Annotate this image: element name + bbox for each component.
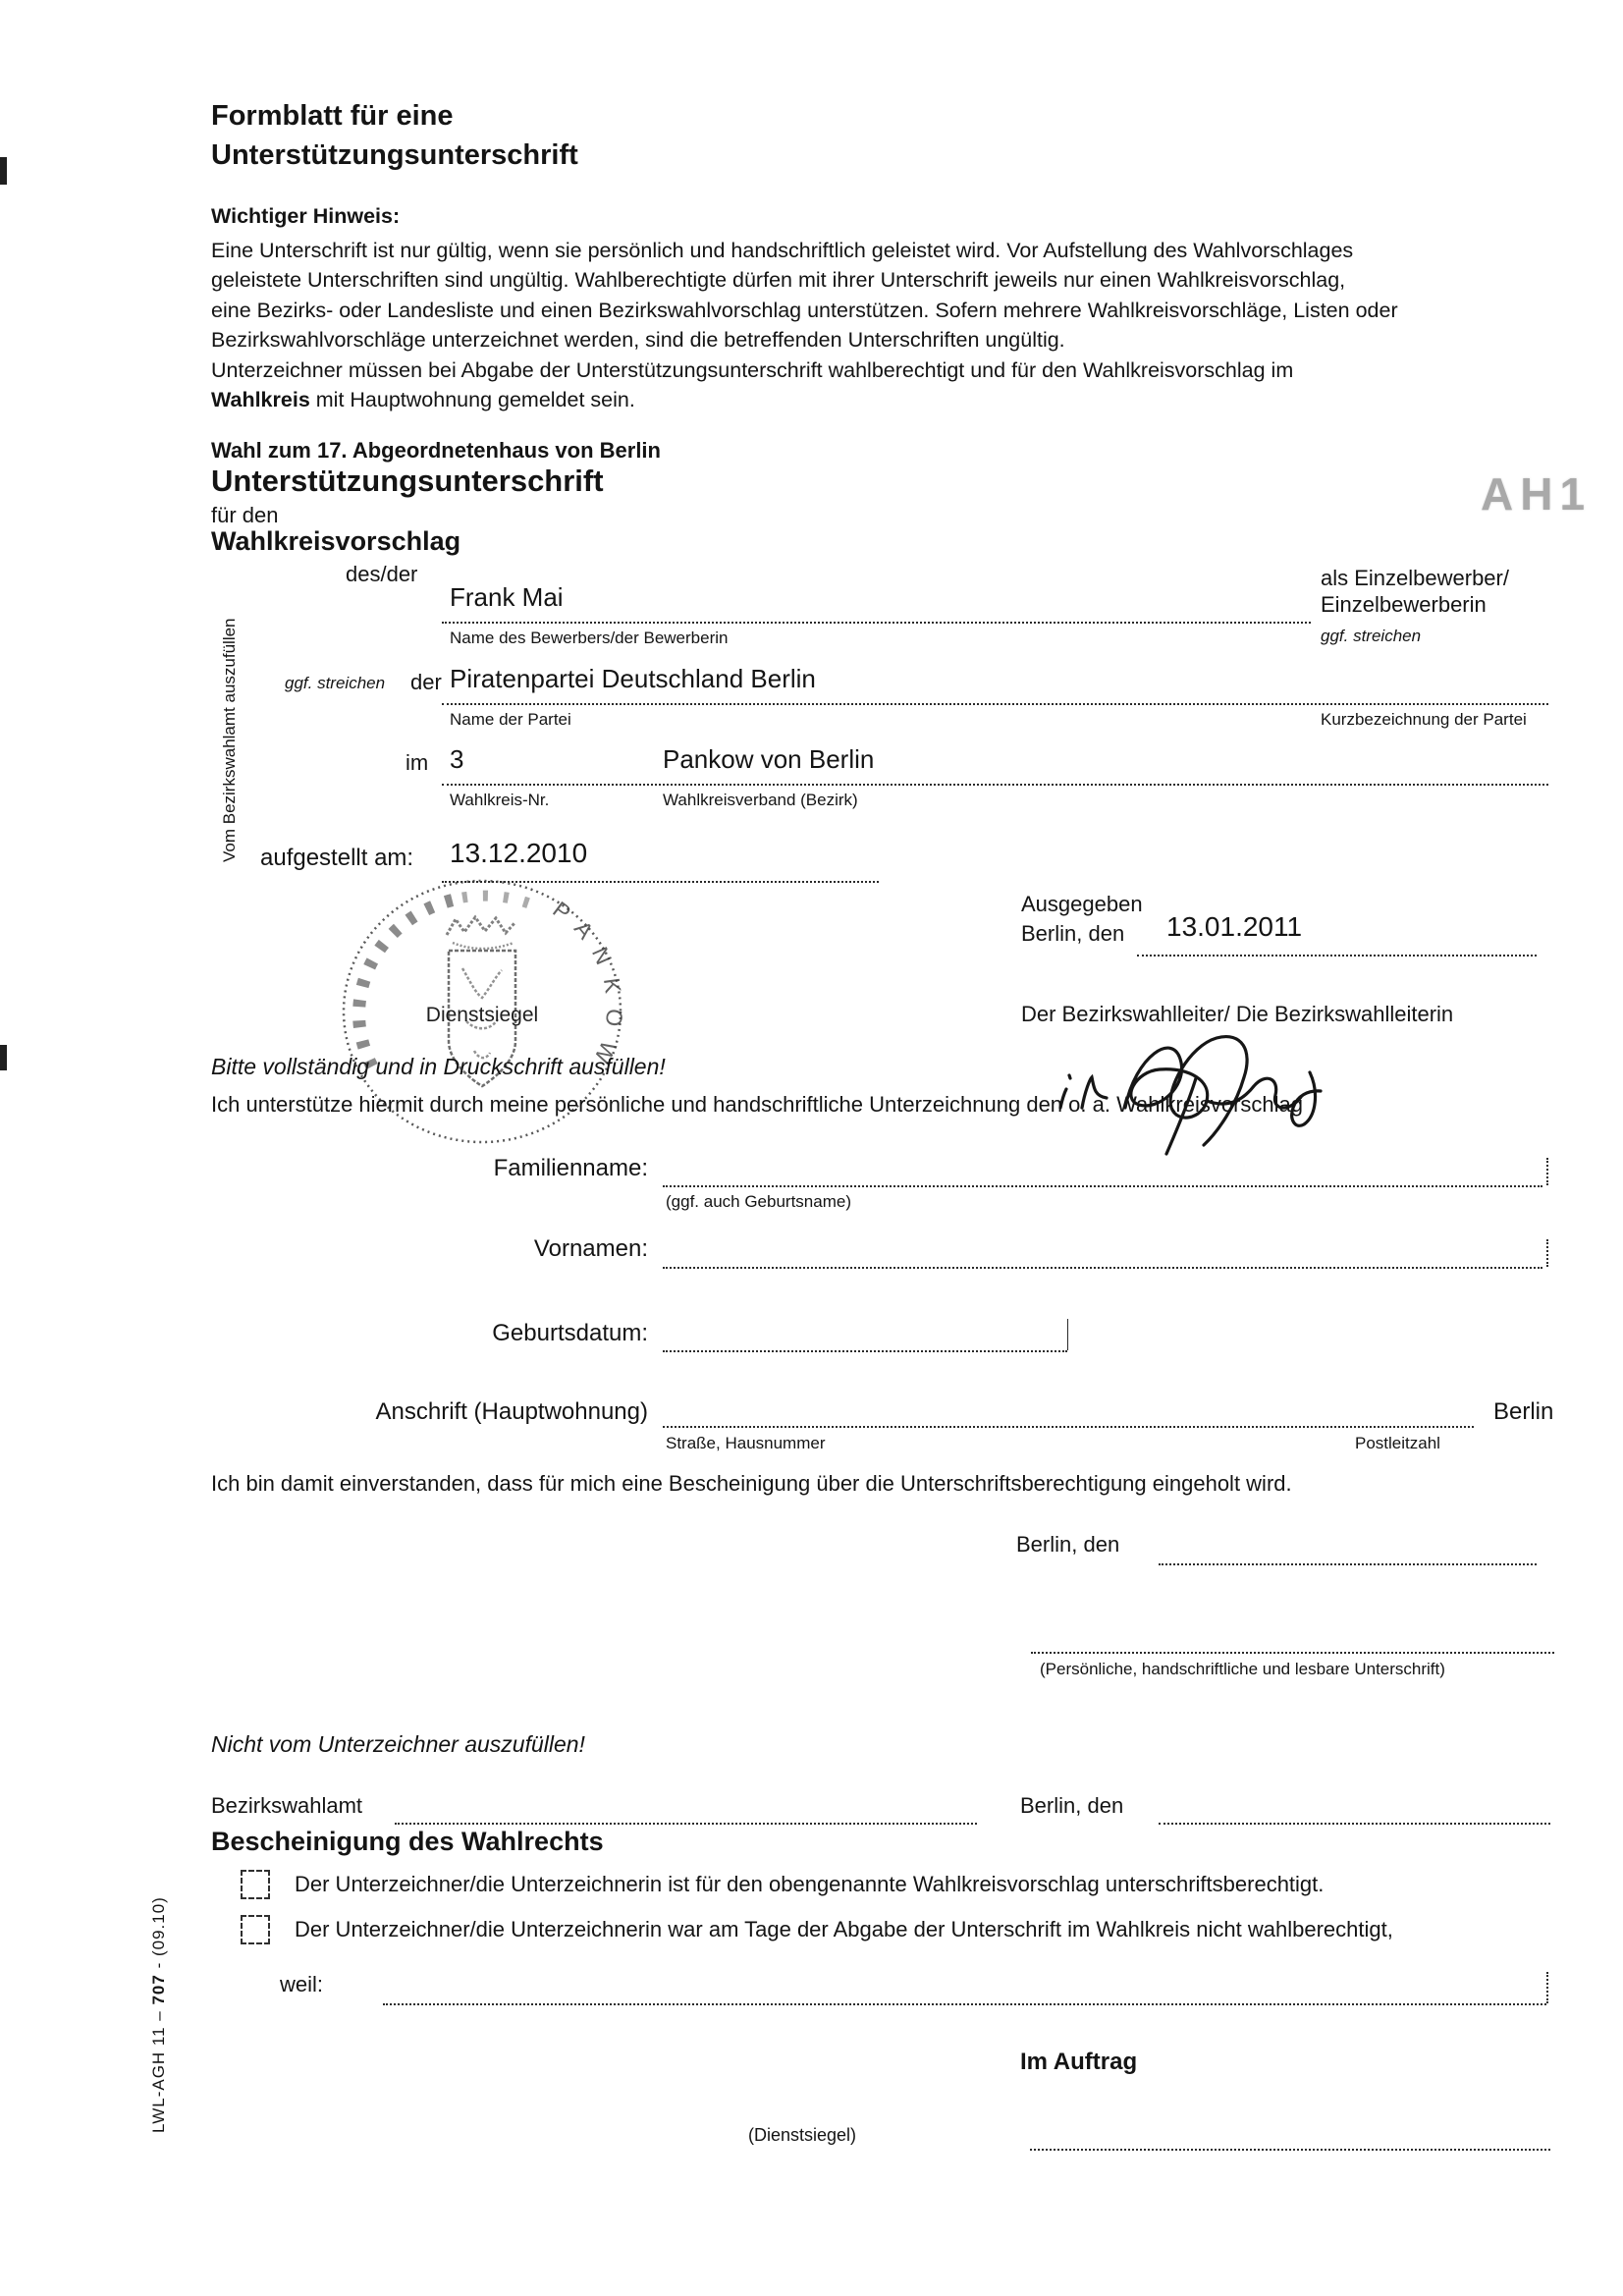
party-prefix: der: [410, 670, 442, 695]
sidebar-note-vertical: Vom Bezirkswahlamt auszufüllen: [220, 587, 240, 862]
signer-signature-line[interactable]: [1031, 1652, 1554, 1654]
issued-place-date-label: Berlin, den: [1021, 921, 1124, 947]
notice-line-last: Wahlkreis mit Hauptwohnung gemeldet sein…: [211, 385, 1398, 414]
district-name-sublabel: Wahlkreisverband (Bezirk): [663, 791, 858, 810]
birth-date-line[interactable]: [663, 1350, 1067, 1352]
signer-place-date-line[interactable]: [1159, 1563, 1537, 1565]
page-title: Formblatt für eine Unterstützungsuntersc…: [211, 96, 578, 175]
support-sentence: Ich unterstütze hiermit durch meine pers…: [211, 1092, 1303, 1118]
candidate-name-value: Frank Mai: [450, 582, 564, 613]
checkbox-entitled[interactable]: [241, 1870, 270, 1899]
form-code-suffix: - (09.10): [149, 1896, 168, 1974]
district-number-value: 3: [450, 744, 463, 775]
family-name-sublabel: (ggf. auch Geburtsname): [666, 1192, 851, 1212]
address-label: Anschrift (Hauptwohnung): [334, 1398, 648, 1426]
first-names-label: Vornamen:: [393, 1235, 648, 1263]
birth-date-line-end-tick: [1067, 1319, 1068, 1350]
checkbox-entitled-text: Der Unterzeichner/die Unterzeichnerin is…: [295, 1872, 1324, 1897]
issued-label: Ausgegeben: [1021, 892, 1143, 917]
single-candidate-note-line2: Einzelbewerberin: [1321, 592, 1487, 618]
signer-signature-sublabel: (Persönliche, handschriftliche und lesba…: [1040, 1660, 1445, 1679]
election-fuer-den: für den: [211, 503, 279, 528]
district-office-line[interactable]: [395, 1823, 977, 1825]
candidate-name-sublabel: Name des Bewerbers/der Bewerberin: [450, 629, 728, 648]
svg-text:PANKOW: PANKOW: [548, 897, 627, 1080]
official-only-note: Nicht vom Unterzeichner auszufüllen!: [211, 1731, 585, 1758]
stamp-center-label: Dienstsiegel: [426, 1004, 538, 1026]
issued-date-line[interactable]: [1137, 955, 1537, 957]
form-page: Formblatt für eine Unterstützungsuntersc…: [0, 0, 1623, 2296]
election-title: Wahl zum 17. Abgeordnetenhaus von Berlin: [211, 438, 661, 464]
listed-on-label: aufgestellt am:: [260, 845, 413, 872]
family-name-line-end-tick: [1546, 1158, 1548, 1185]
first-names-line[interactable]: [663, 1267, 1542, 1269]
signer-place-date-label: Berlin, den: [1016, 1532, 1119, 1558]
first-names-line-end-tick: [1546, 1239, 1548, 1267]
notice-line-last-rest: mit Hauptwohnung gemeldet sein.: [310, 388, 635, 411]
family-name-label: Familienname:: [393, 1155, 648, 1182]
page-title-line1: Formblatt für eine: [211, 96, 578, 136]
reason-line-end-tick: [1546, 1972, 1548, 2003]
notice-paragraph: Eine Unterschrift ist nur gültig, wenn s…: [211, 236, 1398, 414]
reason-line[interactable]: [383, 2003, 1546, 2005]
listed-on-line[interactable]: [442, 881, 879, 883]
candidate-name-line[interactable]: [442, 622, 1311, 624]
form-code-vertical: LWL-AGH 11 – 707 - (09.10): [149, 1897, 169, 2133]
form-code-number: 707: [149, 1974, 168, 2004]
party-line[interactable]: [442, 703, 1548, 705]
district-office-label: Bezirkswahlamt: [211, 1793, 362, 1819]
issued-date-value: 13.01.2011: [1166, 911, 1302, 943]
scan-artifact: [0, 157, 7, 185]
notice-line: Eine Unterschrift ist nur gültig, wenn s…: [211, 236, 1398, 265]
consent-sentence: Ich bin damit einverstanden, dass für mi…: [211, 1471, 1292, 1497]
single-candidate-note-line1: als Einzelbewerber/: [1321, 566, 1509, 591]
notice-bold-word: Wahlkreis: [211, 388, 310, 411]
official-place-date-label: Berlin, den: [1020, 1793, 1123, 1819]
district-name-value: Pankow von Berlin: [663, 744, 874, 775]
form-code-prefix: LWL-AGH 11 –: [149, 2005, 168, 2133]
district-line[interactable]: [442, 784, 1548, 786]
party-strike-note: ggf. streichen: [285, 674, 385, 693]
notice-line: Unterzeichner müssen bei Abgabe der Unte…: [211, 355, 1398, 385]
party-value: Piratenpartei Deutschland Berlin: [450, 664, 816, 694]
officer-signature: [1041, 1013, 1463, 1161]
stamp-ring-text: PANKOW: [548, 897, 627, 1080]
corner-code: AH1: [1481, 467, 1592, 520]
family-name-line[interactable]: [663, 1185, 1542, 1187]
address-postcode-sublabel: Postleitzahl: [1355, 1434, 1440, 1453]
on-behalf-label: Im Auftrag: [1020, 2049, 1137, 2076]
single-candidate-strike-note: ggf. streichen: [1321, 627, 1421, 646]
notice-heading: Wichtiger Hinweis:: [211, 204, 400, 229]
district-prefix: im: [406, 750, 428, 776]
election-wahlkreisvorschlag: Wahlkreisvorschlag: [211, 526, 460, 557]
election-subtitle: Unterstützungsunterschrift: [211, 464, 604, 499]
checkbox-not-entitled[interactable]: [241, 1915, 270, 1944]
official-signature-line[interactable]: [1030, 2149, 1550, 2151]
notice-line: Bezirkswahlvorschläge unterzeichnet werd…: [211, 325, 1398, 355]
district-number-sublabel: Wahlkreis-Nr.: [450, 791, 549, 810]
scan-artifact: [0, 1045, 7, 1070]
address-street-sublabel: Straße, Hausnummer: [666, 1434, 826, 1453]
officer-label: Der Bezirkswahlleiter/ Die Bezirkswahlle…: [1021, 1002, 1453, 1027]
fill-note: Bitte vollständig und in Druckschrift au…: [211, 1054, 666, 1080]
birth-date-label: Geburtsdatum:: [393, 1320, 648, 1347]
checkbox-not-entitled-text: Der Unterzeichner/die Unterzeichnerin wa…: [295, 1917, 1393, 1942]
listed-on-value: 13.12.2010: [450, 838, 587, 869]
reason-label: weil:: [280, 1972, 323, 1997]
address-city-text: Berlin: [1493, 1398, 1553, 1426]
official-place-date-line[interactable]: [1159, 1823, 1550, 1825]
page-title-line2: Unterstützungsunterschrift: [211, 136, 578, 175]
seal-placeholder-label: (Dienstsiegel): [748, 2125, 856, 2146]
notice-line: eine Bezirks- oder Landesliste und einen…: [211, 296, 1398, 325]
party-sublabel: Name der Partei: [450, 710, 571, 730]
notice-line: geleistete Unterschriften sind ungültig.…: [211, 265, 1398, 295]
address-line[interactable]: [663, 1426, 1474, 1428]
party-short-sublabel: Kurzbezeichnung der Partei: [1321, 710, 1527, 730]
certification-heading: Bescheinigung des Wahlrechts: [211, 1827, 604, 1857]
candidate-prefix: des/der: [346, 562, 417, 587]
